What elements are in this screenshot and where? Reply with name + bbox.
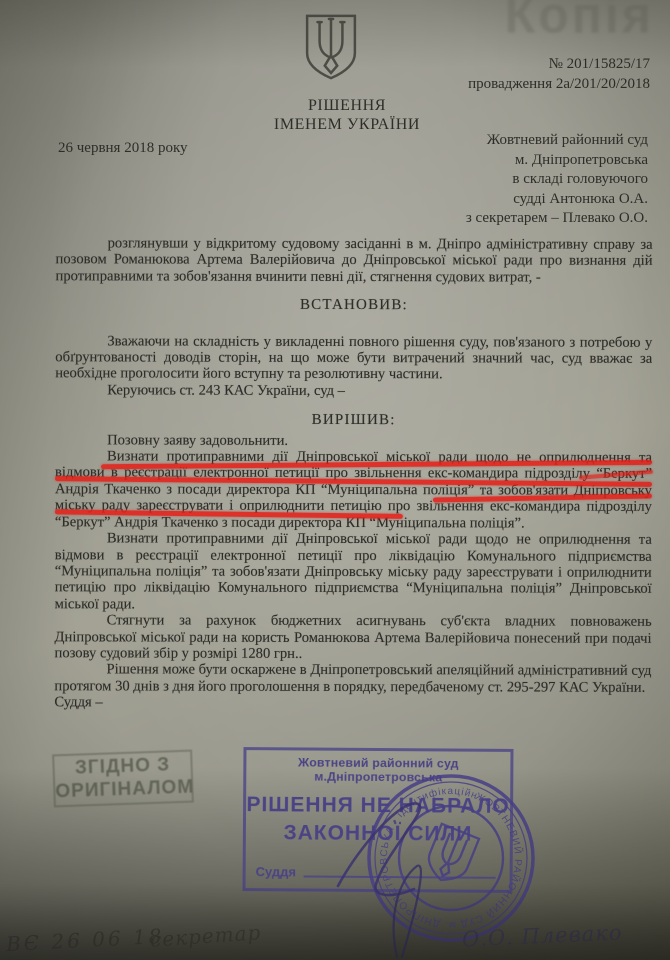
satisfy-paragraph: Позовну заяву задовольнити.: [55, 432, 652, 450]
court-line: з секретарем – Плевако О.О.: [466, 209, 648, 229]
copy-watermark: Копія: [505, 0, 654, 45]
judge-signature-line: Суддя –: [54, 694, 651, 712]
coat-of-arms-icon: [304, 12, 358, 82]
decision-body: розглянувши у відкритому судовому засіда…: [54, 235, 652, 712]
court-costs-paragraph: Стягнути за рахунок бюджетних асигнувань…: [55, 612, 652, 663]
intro-paragraph: розглянувши у відкритому судовому засіда…: [55, 235, 652, 286]
appeal-paragraph: Рішення може бути оскаржене в Дніпропетр…: [54, 662, 651, 696]
case-number: № 201/15825/17: [468, 54, 650, 74]
seal-trident-icon: [422, 824, 479, 888]
decision-title-block: РІШЕННЯ ІМЕНЕМ УКРАЇНИ: [12, 96, 670, 134]
court-composition-block: Жовтневий районний суд м. Дніпропетровсь…: [466, 131, 648, 229]
stamp-judge-label: Суддя: [256, 864, 296, 879]
court-line: в складі головуючого: [466, 170, 648, 190]
complexity-paragraph: Зважаючи на складність у викладенні повн…: [55, 333, 652, 384]
decision-title: РІШЕННЯ: [12, 96, 670, 115]
court-line: судді Антонюка О.А.: [466, 190, 648, 210]
round-court-seal: ЖОВТНЕВИЙ РАЙОННИЙ СУД м. ДНІПРОПЕТРОВСЬ…: [365, 772, 537, 944]
court-line: м. Дніпропетровська: [466, 151, 648, 171]
certified-stamp-line: ОРИГІНАЛОМ: [55, 776, 192, 804]
marked-paragraph: Визнати протиправними дії Дніпровської м…: [55, 448, 652, 532]
established-heading: ВСТАНОВИВ:: [55, 296, 652, 314]
proceeding-number: провадження 2а/201/20/2018: [468, 74, 650, 94]
guided-by-paragraph: Керуючись ст. 243 КАС України, суд –: [55, 382, 652, 400]
case-number-block: № 201/15825/17 провадження 2а/201/20/201…: [468, 54, 650, 94]
decision-date: 26 червня 2018 року: [58, 140, 188, 157]
court-line: Жовтневий районний суд: [466, 131, 648, 151]
liquidation-paragraph: Визнати протиправними дії Дніпровської м…: [55, 530, 652, 614]
decided-heading: ВИРІШИВ:: [55, 411, 652, 429]
certified-copy-stamp: ЗГІДНО З ОРИГІНАЛОМ: [52, 750, 194, 808]
